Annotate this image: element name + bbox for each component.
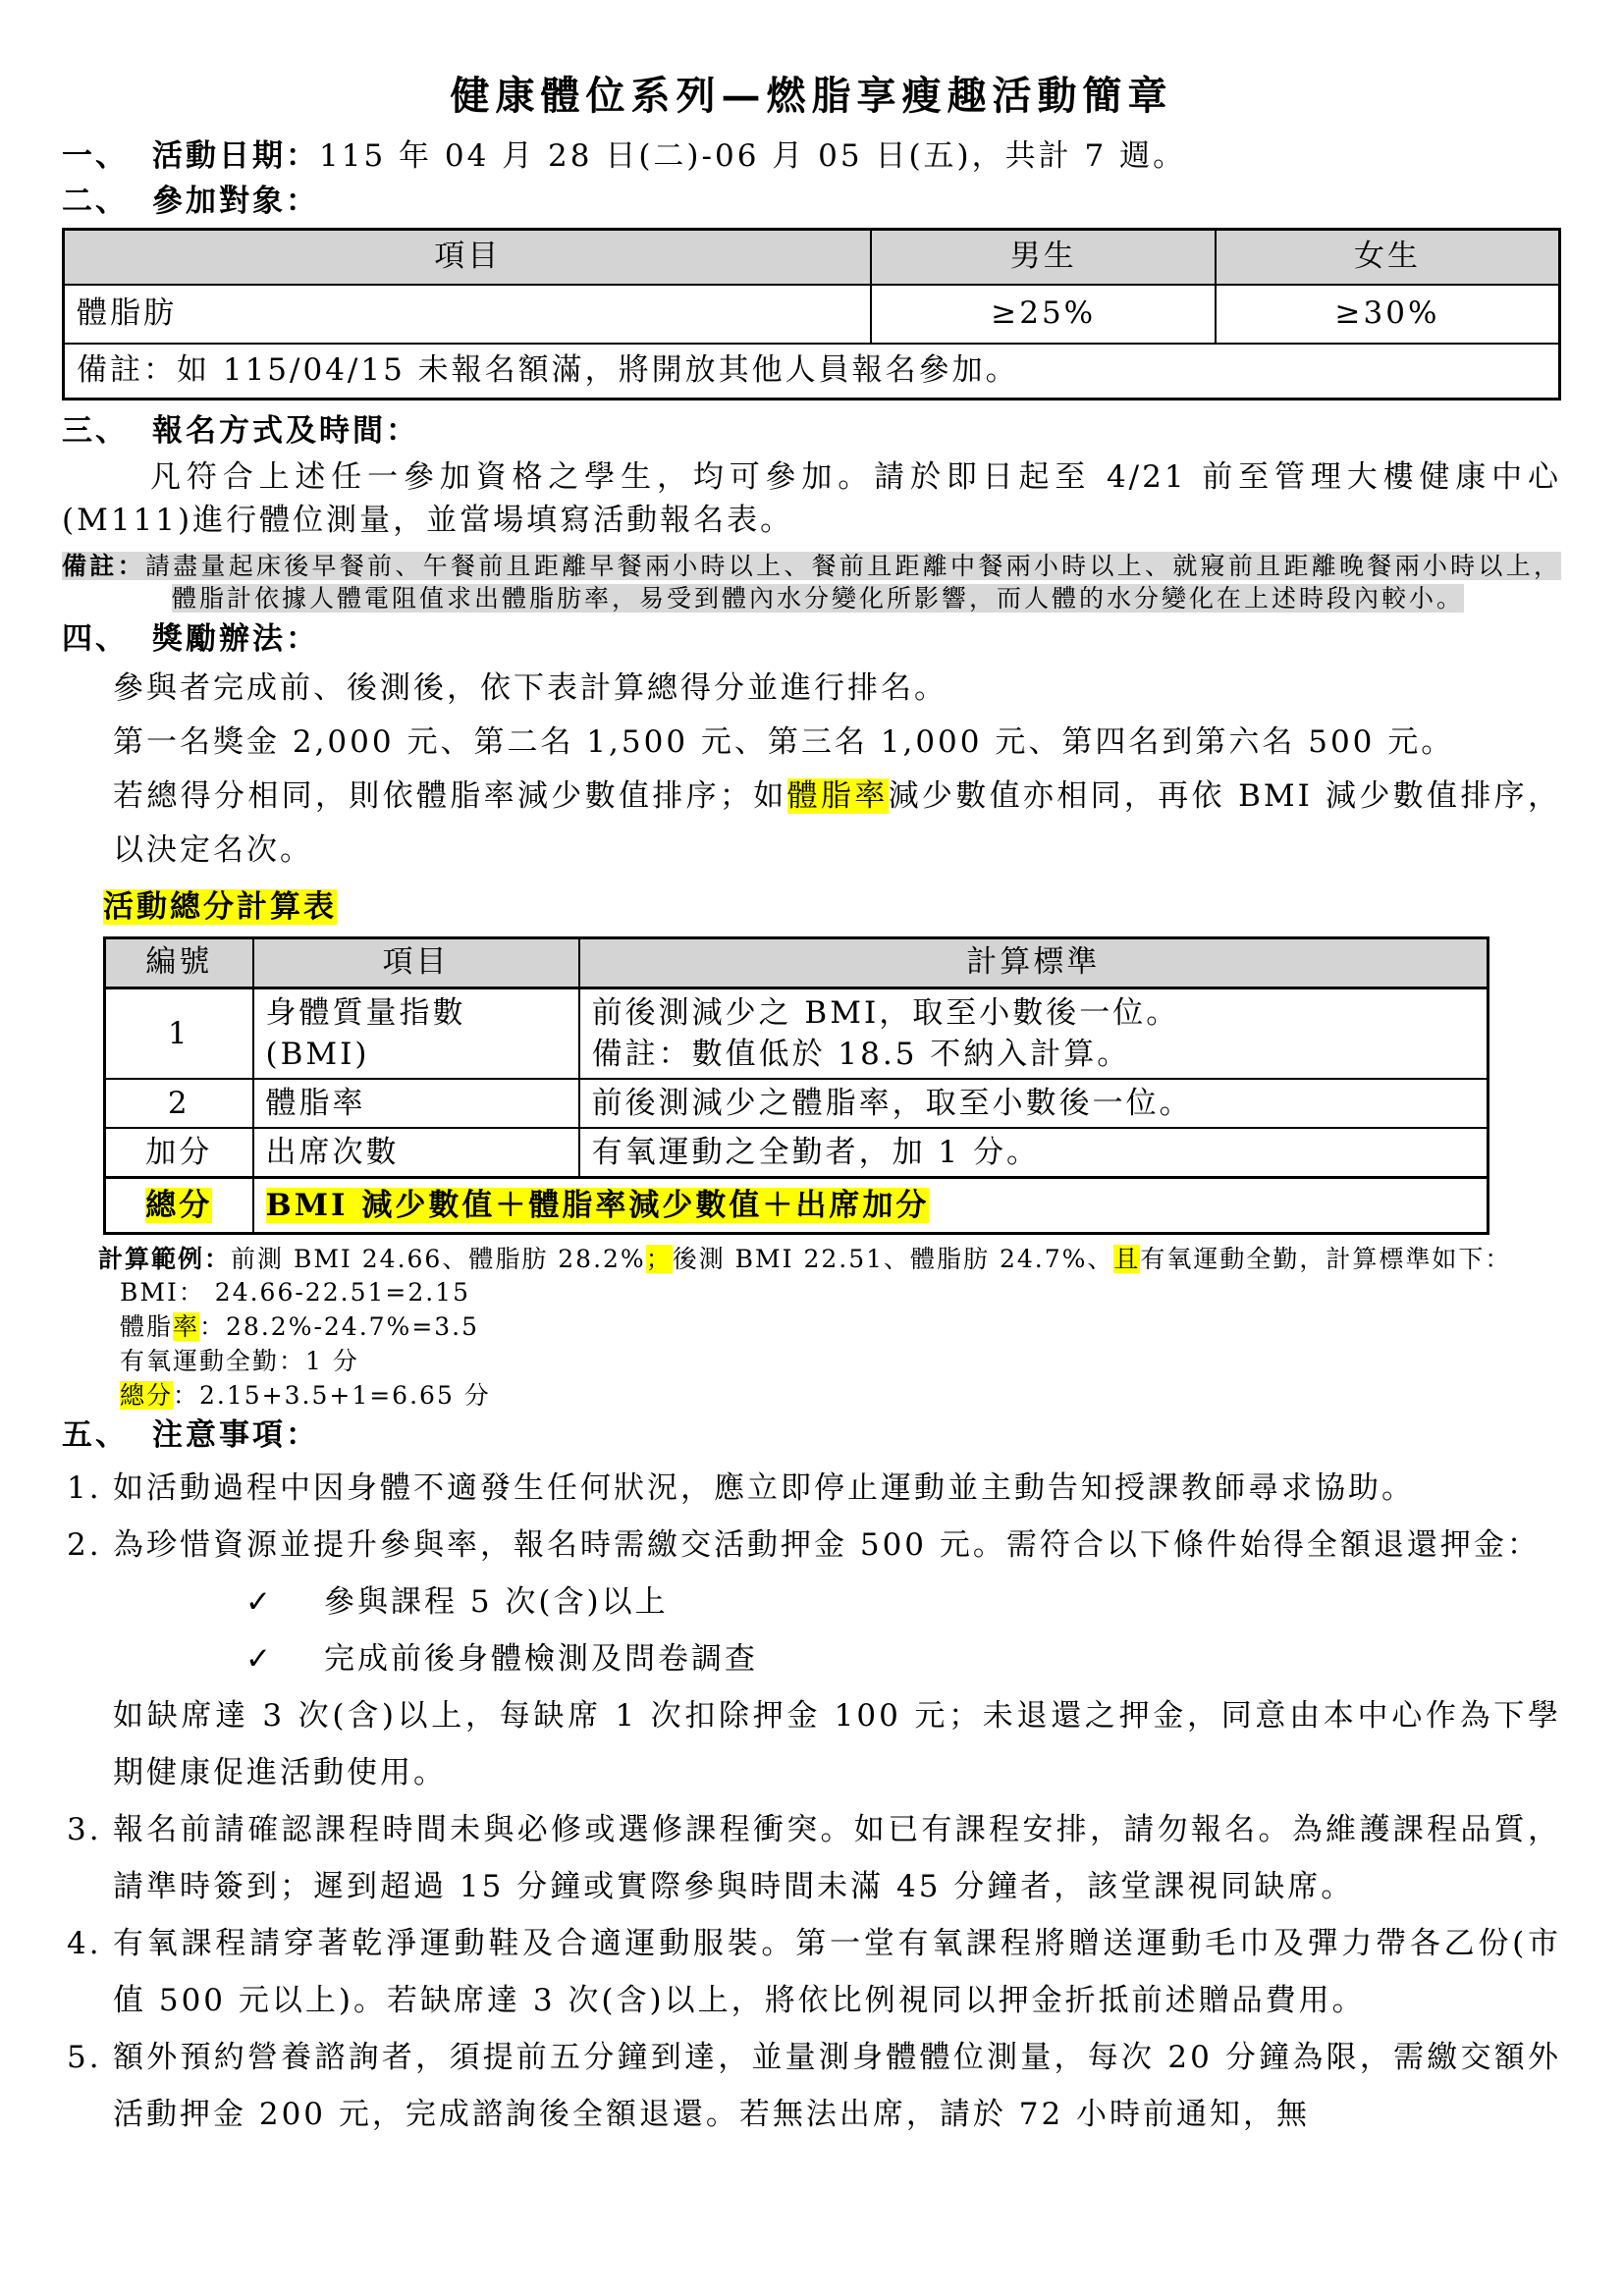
remark-label: 備註： xyxy=(62,552,145,580)
note-item-5-number: 5. xyxy=(67,2029,113,2143)
deposit-condition-2-text: 完成前後身體檢測及問卷調查 xyxy=(324,1641,758,1677)
eligibility-item-bodyfat: 體脂肪 xyxy=(64,285,872,344)
tiebreak-text-pre: 若總得分相同，則依體脂率減少數值排序；如 xyxy=(113,778,787,814)
example-bodyfat-calc: ：28.2%-24.7%=3.5 xyxy=(199,1312,479,1341)
reward-paragraph-2: 第一名獎金 2,000 元、第二名 1,500 元、第三名 1,000 元、第四… xyxy=(113,716,1561,770)
score-header-row: 編號 項目 計算標準 xyxy=(105,938,1489,988)
example-total-calc: ：2.15+3.5+1=6.65 分 xyxy=(173,1381,491,1410)
note-item-5: 5. 額外預約營養諮詢者，須提前五分鐘到達，並量測身體體位測量，每次 20 分鐘… xyxy=(62,2029,1561,2143)
score-row-bodyfat-standard: 前後測減少之體脂率，取至小數後一位。 xyxy=(579,1079,1489,1128)
section-1-heading: 一、 活動日期：115 年 04 月 28 日(二)-06 月 05 日(五)，… xyxy=(62,133,1561,179)
score-header-item: 項目 xyxy=(253,938,579,988)
score-table-title: 活動總分計算表 xyxy=(103,885,1561,929)
example-bodyfat-line: 體脂率：28.2%-24.7%=3.5 xyxy=(98,1309,1561,1344)
check-icon: ✓ xyxy=(245,1630,324,1687)
note-item-3-number: 3. xyxy=(67,1801,113,1915)
example-line-1: 計算範例：前測 BMI 24.66、體脂肪 28.2%；後測 BMI 22.51… xyxy=(98,1243,1561,1275)
score-row-bmi-standard-line1: 前後測減少之 BMI，取至小數後一位。 xyxy=(592,992,1475,1034)
section-4-label: 獎勵辦法： xyxy=(152,621,319,657)
example-pretest: 前測 BMI 24.66、體脂肪 28.2% xyxy=(231,1245,646,1273)
note-item-4-number: 4. xyxy=(67,1915,113,2029)
note-item-4-text: 有氧課程請穿著乾淨運動鞋及合適運動服裝。第一堂有氧課程將贈送運動毛巾及彈力帶各乙… xyxy=(113,1915,1561,2029)
note-item-1-text: 如活動過程中因身體不適發生任何狀況，應立即停止運動並主動告知授課教師尋求協助。 xyxy=(113,1460,1561,1517)
eligibility-data-row: 體脂肪 ≥25% ≥30% xyxy=(64,285,1560,344)
section-2-label: 參加對象： xyxy=(152,184,319,219)
eligibility-header-male: 男生 xyxy=(871,230,1216,286)
score-row-bodyfat-no: 2 xyxy=(105,1079,253,1128)
reward-paragraph-1: 參與者完成前、後測後，依下表計算總得分並進行排名。 xyxy=(113,662,1561,716)
deposit-condition-2: ✓完成前後身體檢測及問卷調查 xyxy=(113,1630,1561,1687)
tiebreak-highlight: 體脂率 xyxy=(787,778,889,814)
calculation-example: 計算範例：前測 BMI 24.66、體脂肪 28.2%；後測 BMI 22.51… xyxy=(98,1243,1561,1413)
score-row-bodyfat-item: 體脂率 xyxy=(253,1079,579,1128)
deposit-condition-1-text: 參與課程 5 次(含)以上 xyxy=(324,1584,669,1620)
page-title: 健康體位系列—燃脂享瘦趣活動簡章 xyxy=(62,73,1561,120)
eligibility-header-item: 項目 xyxy=(64,230,872,286)
section-1-number: 一、 xyxy=(62,133,152,179)
score-row-bonus: 加分 出席次數 有氧運動之全勤者，加 1 分。 xyxy=(105,1128,1489,1178)
score-row-bodyfat: 2 體脂率 前後測減少之體脂率，取至小數後一位。 xyxy=(105,1079,1489,1128)
example-bodyfat-highlight: 率 xyxy=(173,1312,199,1341)
section-5-number: 五、 xyxy=(62,1413,152,1458)
score-total-formula-cell: BMI 減少數值＋體脂率減少數值＋出席加分 xyxy=(253,1178,1489,1234)
section-2-heading: 二、 參加對象： xyxy=(62,179,1561,224)
measurement-remark: 備註：請盡量起床後早餐前、午餐前且距離早餐兩小時以上、餐前且距離中餐兩小時以上、… xyxy=(62,550,1561,614)
section-5-heading: 五、 注意事項： xyxy=(62,1413,1561,1458)
score-row-bmi-no: 1 xyxy=(105,988,253,1080)
score-total-label: 總分 xyxy=(145,1188,212,1223)
score-row-bonus-standard: 有氧運動之全勤者，加 1 分。 xyxy=(579,1128,1489,1178)
section-3-number: 三、 xyxy=(62,408,152,454)
remark-text: 請盡量起床後早餐前、午餐前且距離早餐兩小時以上、餐前且距離中餐兩小時以上、就寢前… xyxy=(145,552,1561,613)
registration-paragraph: 凡符合上述任一參加資格之學生，均可參加。請於即日起至 4/21 前至管理大樓健康… xyxy=(62,455,1561,542)
example-highlight-and: 且 xyxy=(1113,1245,1140,1273)
document-page: 健康體位系列—燃脂享瘦趣活動簡章 一、 活動日期：115 年 04 月 28 日… xyxy=(0,0,1624,2296)
example-bmi-line: BMI： 24.66-22.51=2.15 xyxy=(98,1275,1561,1309)
deposit-condition-1: ✓參與課程 5 次(含)以上 xyxy=(113,1574,1561,1630)
score-row-bonus-no: 加分 xyxy=(105,1128,253,1178)
note-item-4: 4. 有氧課程請穿著乾淨運動鞋及合適運動服裝。第一堂有氧課程將贈送運動毛巾及彈力… xyxy=(62,1915,1561,2029)
eligibility-male-threshold: ≥25% xyxy=(871,285,1216,344)
section-5-label: 注意事項： xyxy=(152,1417,319,1453)
note-item-1: 1. 如活動過程中因身體不適發生任何狀況，應立即停止運動並主動告知授課教師尋求協… xyxy=(62,1460,1561,1517)
reward-paragraph-3: 若總得分相同，則依體脂率減少數值排序；如體脂率減少數值亦相同，再依 BMI 減少… xyxy=(113,770,1561,878)
section-4-heading: 四、 獎勵辦法： xyxy=(62,616,1561,662)
note-item-3-text: 報名前請確認課程時間未與必修或選修課程衝突。如已有課程安排，請勿報名。為維護課程… xyxy=(113,1801,1561,1915)
example-tail: 有氧運動全勤，計算標準如下： xyxy=(1140,1245,1511,1273)
note-item-2-extra: 如缺席達 3 次(含)以上，每缺席 1 次扣除押金 100 元；未退還之押金，同… xyxy=(113,1687,1561,1801)
eligibility-table: 項目 男生 女生 體脂肪 ≥25% ≥30% 備註：如 115/04/15 未報… xyxy=(62,228,1561,400)
example-total-highlight: 總分 xyxy=(120,1381,173,1410)
note-item-5-text: 額外預約營養諮詢者，須提前五分鐘到達，並量測身體體位測量，每次 20 分鐘為限，… xyxy=(113,2029,1561,2143)
section-1-label: 活動日期： xyxy=(152,138,319,174)
measurement-remark-highlight: 備註：請盡量起床後早餐前、午餐前且距離早餐兩小時以上、餐前且距離中餐兩小時以上、… xyxy=(62,552,1561,613)
note-item-3: 3. 報名前請確認課程時間未與必修或選修課程衝突。如已有課程安排，請勿報名。為維… xyxy=(62,1801,1561,1915)
section-2-number: 二、 xyxy=(62,179,152,224)
score-row-bmi-standard-line2: 備註：數值低於 18.5 不納入計算。 xyxy=(592,1034,1475,1075)
score-row-bmi-item: 身體質量指數(BMI) xyxy=(253,988,579,1080)
eligibility-female-threshold: ≥30% xyxy=(1216,285,1560,344)
example-aerobic-line: 有氧運動全勤：1 分 xyxy=(98,1344,1561,1378)
score-total-formula: BMI 減少數值＋體脂率減少數值＋出席加分 xyxy=(266,1188,930,1223)
eligibility-note: 備註：如 115/04/15 未報名額滿，將開放其他人員報名參加。 xyxy=(64,344,1560,400)
example-bodyfat-pre: 體脂 xyxy=(120,1312,173,1341)
score-header-no: 編號 xyxy=(105,938,253,988)
note-item-2-text: 為珍惜資源並提升參與率，報名時需繳交活動押金 500 元。需符合以下條件始得全額… xyxy=(113,1517,1561,1574)
section-1-text: 115 年 04 月 28 日(二)-06 月 05 日(五)，共計 7 週。 xyxy=(319,138,1186,174)
score-row-bonus-item: 出席次數 xyxy=(253,1128,579,1178)
section-3-heading: 三、 報名方式及時間： xyxy=(62,408,1561,454)
score-header-standard: 計算標準 xyxy=(579,938,1489,988)
score-row-bmi-standard: 前後測減少之 BMI，取至小數後一位。 備註：數值低於 18.5 不納入計算。 xyxy=(579,988,1489,1080)
score-table-title-text: 活動總分計算表 xyxy=(103,889,337,925)
reward-rules: 參與者完成前、後測後，依下表計算總得分並進行排名。 第一名獎金 2,000 元、… xyxy=(113,662,1561,878)
example-posttest: 後測 BMI 22.51、體脂肪 24.7%、 xyxy=(673,1245,1114,1273)
notes-list: 1. 如活動過程中因身體不適發生任何狀況，應立即停止運動並主動告知授課教師尋求協… xyxy=(62,1460,1561,2143)
eligibility-note-row: 備註：如 115/04/15 未報名額滿，將開放其他人員報名參加。 xyxy=(64,344,1560,400)
eligibility-header-female: 女生 xyxy=(1216,230,1560,286)
check-icon: ✓ xyxy=(245,1574,324,1630)
note-item-2-number: 2. xyxy=(67,1517,113,1801)
example-highlight-semicolon: ； xyxy=(646,1245,673,1273)
eligibility-header-row: 項目 男生 女生 xyxy=(64,230,1560,286)
example-total-line: 總分：2.15+3.5+1=6.65 分 xyxy=(98,1378,1561,1413)
example-label: 計算範例： xyxy=(98,1245,231,1273)
score-row-bmi: 1 身體質量指數(BMI) 前後測減少之 BMI，取至小數後一位。 備註：數值低… xyxy=(105,988,1489,1080)
score-table: 編號 項目 計算標準 1 身體質量指數(BMI) 前後測減少之 BMI，取至小數… xyxy=(103,936,1489,1235)
section-4-number: 四、 xyxy=(62,616,152,662)
note-item-1-number: 1. xyxy=(67,1460,113,1517)
note-item-2: 2. 為珍惜資源並提升參與率，報名時需繳交活動押金 500 元。需符合以下條件始… xyxy=(62,1517,1561,1801)
score-total-label-cell: 總分 xyxy=(105,1178,253,1234)
section-3-label: 報名方式及時間： xyxy=(152,413,419,449)
score-total-row: 總分 BMI 減少數值＋體脂率減少數值＋出席加分 xyxy=(105,1178,1489,1234)
